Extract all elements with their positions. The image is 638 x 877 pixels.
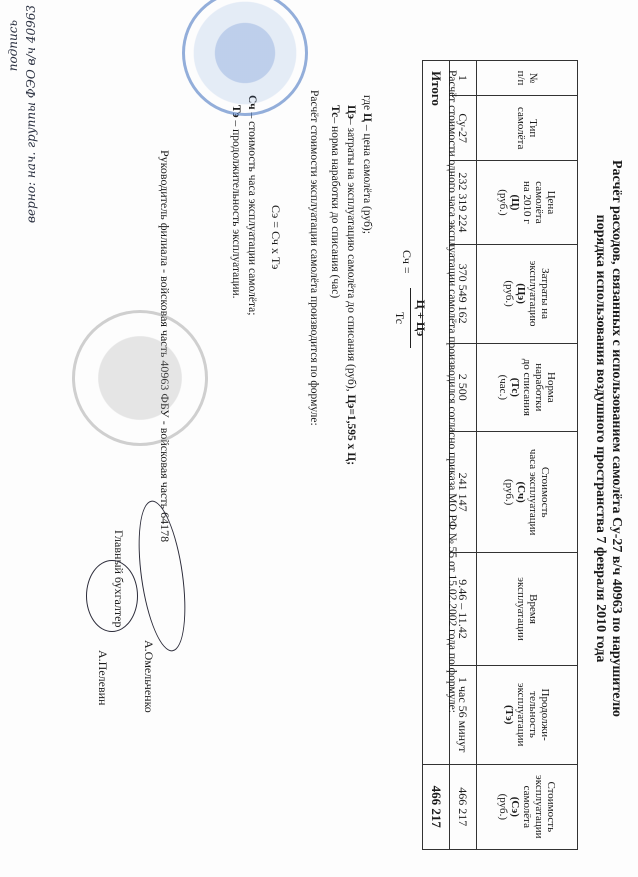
column-header-line: Тип xyxy=(527,99,539,157)
legend-duration: Тэ – продолжительность эксплуатации. xyxy=(230,105,242,299)
column-header: Норманаработкидо списания(Тс)(час.) xyxy=(477,343,578,431)
column-header-line: (руб.) xyxy=(497,768,509,846)
legend-price: где Ц – цена самолёта (руб); xyxy=(361,95,373,234)
head-signature-scribble xyxy=(131,498,194,654)
head-signature-name: А.Омельченко xyxy=(141,640,156,713)
column-header: Ценасамолётана 2010 г(Ц)(руб.) xyxy=(477,161,578,244)
column-header-line: Цена xyxy=(545,164,557,240)
official-stamp-grey xyxy=(72,310,208,446)
column-header-line: (Цэ) xyxy=(515,248,527,340)
column-header-line: Стоимость xyxy=(539,435,551,549)
legend-service-life: Тс– норма наработки до списания (час) xyxy=(329,105,341,298)
column-header: Типсамолёта xyxy=(477,96,578,161)
document-title: Расчёт расходов, связанных с использован… xyxy=(592,0,624,877)
total-value: 466 217 xyxy=(423,764,450,849)
column-header-line: Стоимость xyxy=(545,768,557,846)
column-header-line: (Сч) xyxy=(515,435,527,549)
document-page: Расчёт расходов, связанных с использован… xyxy=(0,0,638,877)
column-header-line: на 2010 г xyxy=(521,164,533,240)
column-header-line: эксплуатации xyxy=(515,556,527,661)
calculation-note: Расчёт стоимости одного часа эксплуатаци… xyxy=(446,70,458,713)
column-header-line: эксплуатацию xyxy=(527,248,539,340)
table-header-row: №п/пТипсамолётаЦенасамолётана 2010 г(Ц)(… xyxy=(477,61,578,850)
column-header-line: (Тэ) xyxy=(503,669,515,761)
accountant-signature-scribble xyxy=(86,560,138,632)
column-header-line: Время xyxy=(527,556,539,661)
legend-hour-cost: Сч – стоимость часа эксплуатации самолёт… xyxy=(246,95,258,315)
column-header-line: Норма xyxy=(545,347,557,428)
column-header: Продолжи-тельностьэксплуатации(Тэ) xyxy=(477,665,578,764)
column-header-line: (руб.) xyxy=(503,435,515,549)
column-header-line: самолёта xyxy=(533,164,545,240)
handwritten-note-1: верно: нач. группы ФЭО в/ч 40963 xyxy=(24,5,38,223)
column-header: Стоимостьэксплуатациисамолёта(Сэ)(руб.) xyxy=(477,764,578,849)
formula-lhs: Сч = xyxy=(399,250,414,274)
column-header-line: (Сэ) xyxy=(509,768,521,846)
column-header-line: часа эксплуатации xyxy=(527,435,539,549)
column-header-line: п/п xyxy=(515,64,527,92)
column-header-line: эксплуатации xyxy=(515,669,527,761)
column-header-line: (руб.) xyxy=(503,248,515,340)
column-header-line: Затраты на xyxy=(539,248,551,340)
operation-cost-formula: Сэ = Сч х Тэ xyxy=(268,205,283,269)
column-header-line: (час.) xyxy=(497,347,509,428)
column-header-line: (руб.) xyxy=(497,164,509,240)
column-header: Стоимостьчаса эксплуатации(Сч)(руб.) xyxy=(477,431,578,552)
column-header-line: до списания xyxy=(521,347,533,428)
handwritten-note-2: подпись xyxy=(6,20,20,71)
official-stamp-blue xyxy=(182,0,308,116)
column-header-line: № xyxy=(527,64,539,92)
column-header: №п/п xyxy=(477,61,578,96)
formula-fraction: Ц + Цэ Тс xyxy=(392,288,428,348)
cell-operation-cost: 466 217 xyxy=(450,764,477,849)
column-header-line: тельность xyxy=(527,669,539,761)
formula-numerator: Ц + Цэ xyxy=(410,288,428,348)
column-header-line: самолёта xyxy=(515,99,527,157)
column-header-line: самолёта xyxy=(521,768,533,846)
column-header: Затраты наэксплуатацию(Цэ)(руб.) xyxy=(477,244,578,343)
legend-operating-costs: Цэ– затраты на эксплуатацию самолёта до … xyxy=(345,105,357,465)
note-operation-cost: Расчёт стоимости эксплуатации самолёта п… xyxy=(308,90,320,426)
column-header-line: Продолжи- xyxy=(539,669,551,761)
accountant-name: А.Пелевин xyxy=(95,650,110,705)
column-header-line: (Тс) xyxy=(509,347,521,428)
column-header-line: (Ц) xyxy=(509,164,521,240)
column-header-line: эксплуатации xyxy=(533,768,545,846)
column-header: Времяэксплуатации xyxy=(477,553,578,665)
formula-denominator: Тс xyxy=(392,288,410,348)
column-header-line: наработки xyxy=(533,347,545,428)
